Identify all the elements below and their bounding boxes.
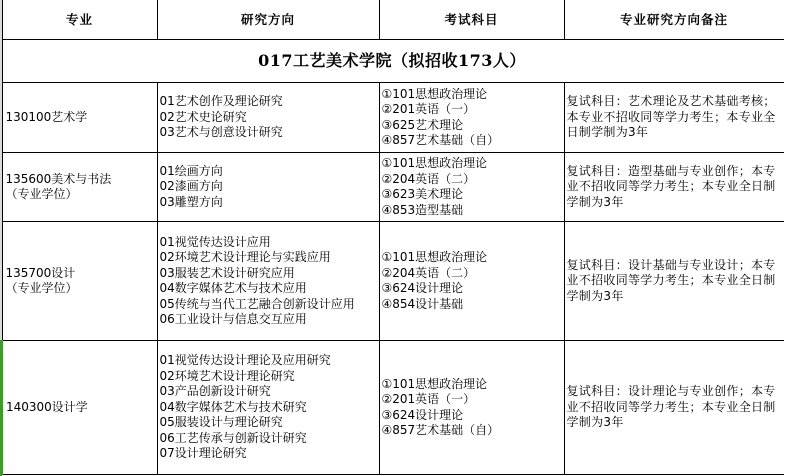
direction-item: 01视觉传达设计应用 [160,235,377,251]
section-title[interactable]: 017工艺美术学院（拟招收173人） [2,40,784,83]
major-cell[interactable]: 130100艺术学 [2,83,157,153]
direction-item: 04数字媒体艺术与技术研究 [160,400,377,416]
direction-cell[interactable]: 01艺术创作及理论研究 02艺术史论研究 03艺术与创意设计研究 [157,83,379,153]
direction-item: 03艺术与创意设计研究 [160,125,377,141]
direction-item: 06工业设计与信息交互应用 [160,312,377,328]
major-code-name: 130100艺术学 [6,110,155,126]
direction-cell[interactable]: 01视觉传达设计应用 02环境艺术设计理论与实践应用 03服装艺术设计研究应用 … [157,222,379,341]
major-type: （专业学位） [6,187,155,203]
exam-item: ②204英语（二） [382,172,562,188]
direction-item: 05服装设计与理论研究 [160,415,377,431]
direction-cell[interactable]: 01绘画方向 02漆画方向 03雕塑方向 [157,153,379,222]
direction-item: 05传统与当代工艺融合创新设计应用 [160,297,377,313]
header-major[interactable]: 专业 [2,0,157,40]
direction-item: 01艺术创作及理论研究 [160,94,377,110]
header-note[interactable]: 专业研究方向备注 [564,0,784,40]
direction-item: 01绘画方向 [160,164,377,180]
note-cell[interactable]: 复试科目：设计理论与专业创作；本专业不招收同等学力考生；本专业全日制学制为3年 [564,341,784,475]
major-cell[interactable]: 140300设计学 [2,341,157,475]
direction-item: 01视觉传达设计理论及应用研究 [160,353,377,369]
table-row: 135600美术与书法 （专业学位） 01绘画方向 02漆画方向 03雕塑方向 … [2,153,784,222]
exam-cell[interactable]: ①101思想政治理论 ②201英语（一） ③625艺术理论 ④857艺术基础（自… [379,83,564,153]
major-code-name: 140300设计学 [6,400,155,416]
direction-cell[interactable]: 01视觉传达设计理论及应用研究 02环境艺术设计理论研究 03产品创新设计研究 … [157,341,379,475]
direction-item: 04数字媒体艺术与技术应用 [160,281,377,297]
exam-cell[interactable]: ①101思想政治理论 ②204英语（二） ③624设计理论 ④854设计基础 [379,222,564,341]
table-row: 135700设计 （专业学位） 01视觉传达设计应用 02环境艺术设计理论与实践… [2,222,784,341]
exam-cell[interactable]: ①101思想政治理论 ②204英语（二） ③623美术理论 ④853造型基础 [379,153,564,222]
exam-item: ④853造型基础 [382,203,562,219]
direction-item: 07设计理论研究 [160,446,377,462]
exam-item: ④857艺术基础（自） [382,133,562,149]
header-direction[interactable]: 研究方向 [157,0,379,40]
major-cell[interactable]: 135600美术与书法 （专业学位） [2,153,157,222]
major-type: （专业学位） [6,281,155,297]
exam-item: ②201英语（一） [382,392,562,408]
exam-item: ④854设计基础 [382,297,562,313]
direction-item: 02环境艺术设计理论与实践应用 [160,250,377,266]
exam-item: ①101思想政治理论 [382,156,562,172]
exam-item: ①101思想政治理论 [382,87,562,103]
note-cell[interactable]: 复试科目：造型基础与专业创作；本专业不招收同等学力考生；本专业全日制学制为3年 [564,153,784,222]
direction-item: 03产品创新设计研究 [160,384,377,400]
exam-item: ①101思想政治理论 [382,377,562,393]
direction-item: 02环境艺术设计理论研究 [160,369,377,385]
header-row: 专业 研究方向 考试科目 专业研究方向备注 [2,0,784,40]
exam-item: ④857艺术基础（自） [382,423,562,439]
direction-item: 02艺术史论研究 [160,110,377,126]
note-cell[interactable]: 复试科目：设计基础与专业设计；本专业不招收同等学力考生；本专业全日制学制为3年 [564,222,784,341]
direction-item: 06工艺传承与创新设计研究 [160,431,377,447]
table-row: 140300设计学 01视觉传达设计理论及应用研究 02环境艺术设计理论研究 0… [2,341,784,475]
exam-item: ③624设计理论 [382,281,562,297]
exam-item: ③624设计理论 [382,408,562,424]
direction-item: 03服装艺术设计研究应用 [160,266,377,282]
exam-cell[interactable]: ①101思想政治理论 ②201英语（一） ③624设计理论 ④857艺术基础（自… [379,341,564,475]
exam-item: ③623美术理论 [382,187,562,203]
admissions-table: 专业 研究方向 考试科目 专业研究方向备注 017工艺美术学院（拟招收173人）… [1,0,785,475]
major-code-name: 135700设计 [6,266,155,282]
direction-item: 02漆画方向 [160,179,377,195]
exam-item: ②204英语（二） [382,266,562,282]
major-cell[interactable]: 135700设计 （专业学位） [2,222,157,341]
header-exam[interactable]: 考试科目 [379,0,564,40]
note-cell[interactable]: 复试科目：艺术理论及艺术基础考核；本专业不招收同等学力考生；本专业全日制学制为3… [564,83,784,153]
major-code-name: 135600美术与书法 [6,172,155,188]
section-title-row: 017工艺美术学院（拟招收173人） [2,40,784,83]
exam-item: ②201英语（一） [382,102,562,118]
table-row: 130100艺术学 01艺术创作及理论研究 02艺术史论研究 03艺术与创意设计… [2,83,784,153]
direction-item: 03雕塑方向 [160,195,377,211]
exam-item: ③625艺术理论 [382,118,562,134]
exam-item: ①101思想政治理论 [382,250,562,266]
